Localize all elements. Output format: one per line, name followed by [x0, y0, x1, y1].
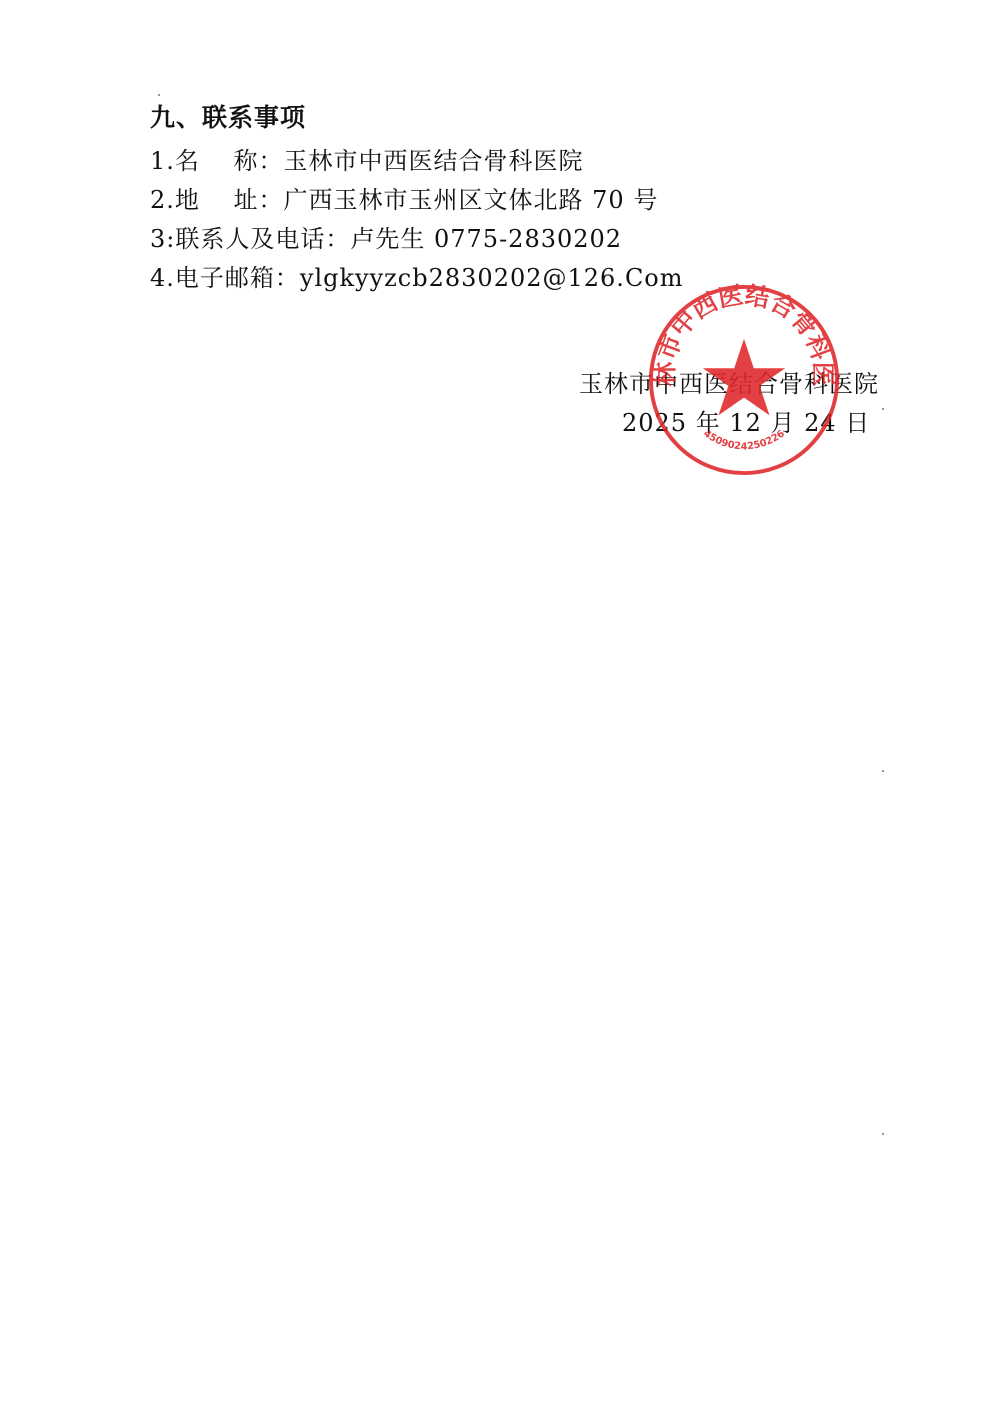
contact-name-value: 玉林市中西医结合骨科医院	[284, 147, 584, 175]
contact-phone-label: 3:联系人及电话：	[150, 225, 350, 253]
contact-phone-value: 卢先生 0775-2830202	[350, 225, 622, 253]
contact-address-value: 广西玉林市玉州区文体北路 70 号	[284, 186, 659, 214]
contact-email-label: 4.电子邮箱：	[150, 264, 300, 292]
document-page: 九、联系事项 1.名 称：玉林市中西医结合骨科医院 2.地 址：广西玉林市玉州区…	[0, 0, 1000, 1426]
contact-address-label: 2.地 址：	[150, 186, 284, 214]
contact-email-value: ylgkyyzcb2830202@126.Com	[300, 264, 684, 292]
svg-text:4509024250226: 4509024250226	[701, 428, 787, 452]
contact-name-line: 1.名 称：玉林市中西医结合骨科医院	[150, 141, 584, 176]
scan-speck	[882, 770, 884, 772]
section-heading: 九、联系事项	[150, 98, 306, 134]
official-seal-icon: 玉林市中西医结合骨科医院 4509024250226	[646, 282, 842, 478]
scan-speck	[158, 94, 160, 96]
scan-speck	[882, 1133, 884, 1135]
scan-speck	[882, 408, 884, 410]
contact-email-line: 4.电子邮箱：ylgkyyzcb2830202@126.Com	[150, 258, 684, 293]
contact-name-label: 1.名 称：	[150, 147, 284, 175]
contact-address-line: 2.地 址：广西玉林市玉州区文体北路 70 号	[150, 180, 658, 215]
contact-phone-line: 3:联系人及电话：卢先生 0775-2830202	[150, 219, 622, 254]
